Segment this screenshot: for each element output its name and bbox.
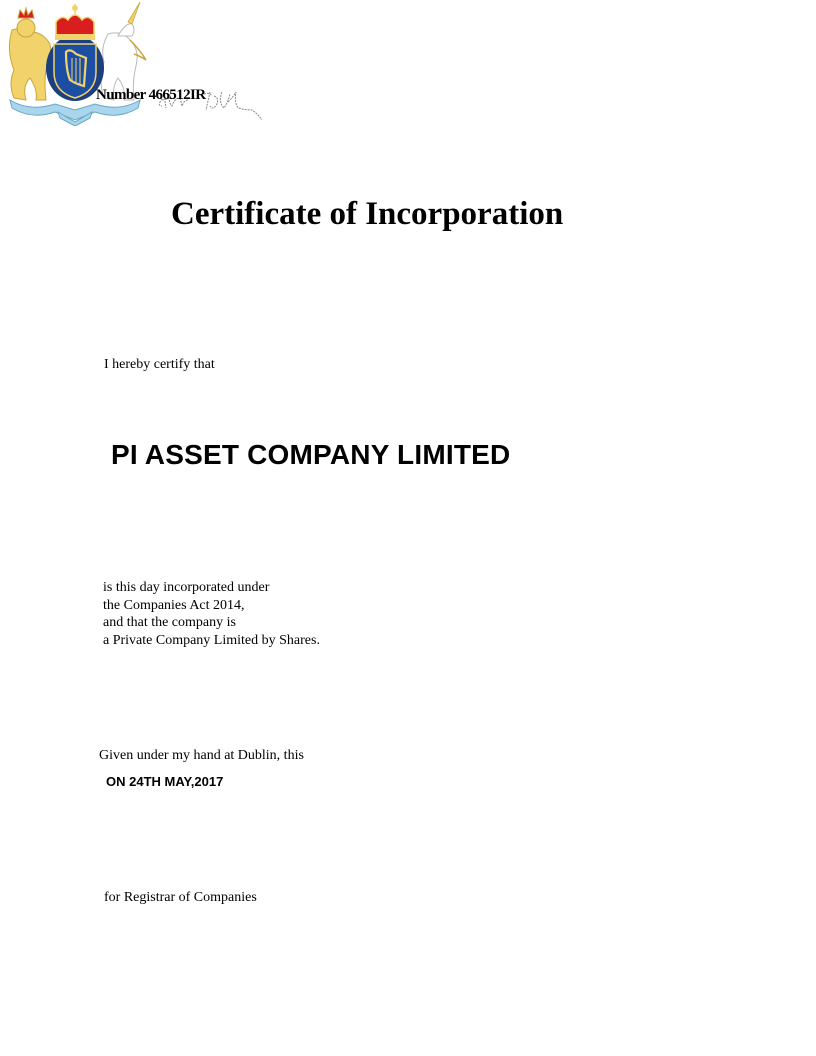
- company-name: PI ASSET COMPANY LIMITED: [111, 439, 510, 471]
- statement-line: the Companies Act 2014,: [103, 597, 320, 615]
- page-title: Certificate of Incorporation: [171, 196, 563, 233]
- statement-line: is this day incorporated under: [103, 579, 320, 597]
- certificate-page: Number 466512IR Certificate of Incorpora…: [0, 0, 816, 131]
- statement-line: and that the company is: [103, 614, 320, 632]
- registrar-text: for Registrar of Companies: [104, 890, 257, 906]
- given-text: Given under my hand at Dublin, this: [99, 748, 304, 764]
- certify-text: I hereby certify that: [104, 357, 215, 373]
- incorporation-date: ON 24TH MAY,2017: [106, 774, 223, 789]
- statement-line: a Private Company Limited by Shares.: [103, 632, 320, 650]
- certificate-number: Number 466512IR: [96, 87, 205, 104]
- incorporation-statement: is this day incorporated under the Compa…: [103, 579, 320, 649]
- royal-coat-of-arms-icon: [0, 0, 150, 126]
